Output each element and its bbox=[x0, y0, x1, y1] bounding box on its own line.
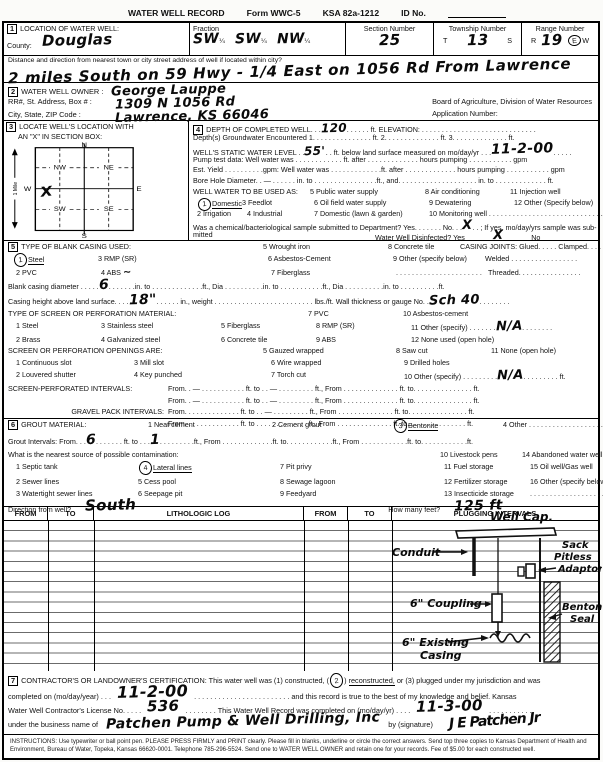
doc-title: WATER WELL RECORD bbox=[128, 8, 225, 18]
west-label: W bbox=[24, 185, 32, 193]
section7-number: 7 bbox=[8, 676, 18, 686]
opt-feedyard: 9 Feedyard bbox=[280, 488, 444, 500]
distance-row: Distance and direction from nearest town… bbox=[4, 56, 598, 83]
screen-other-post: . . . . . . . . bbox=[522, 323, 552, 332]
existing-label: 6" Existing bbox=[402, 636, 469, 649]
opt-cess-pool: 5 Cess pool bbox=[138, 476, 280, 488]
township-t: T bbox=[443, 36, 447, 45]
opt-wrought-iron: 5 Wrought iron bbox=[263, 241, 388, 253]
cert-line1b: ) bbox=[344, 676, 348, 685]
board-block: Board of Agriculture, Division of Water … bbox=[432, 96, 592, 120]
opt-septic-tank: 1 Septic tank bbox=[8, 461, 138, 473]
opt-drilled-holes: 9 Drilled holes bbox=[404, 358, 450, 367]
openings-other-post: . . . . . . . . . ft. bbox=[524, 372, 566, 381]
grout-title: GROUT MATERIAL: bbox=[21, 420, 86, 429]
opt-screen-pvc: 7 PVC bbox=[308, 308, 403, 320]
casing-joints: CASING JOINTS: Glued. . . . . Clamped. .… bbox=[460, 242, 603, 251]
opt-louvered: 2 Louvered shutter bbox=[8, 369, 134, 381]
plugging-diagram: Well Cap. Conduit Sack Pitless Adaptor 6… bbox=[390, 510, 602, 668]
opt-screen-concrete: 6 Concrete tile bbox=[221, 334, 316, 346]
opt-neat-cement: 1 Neat cement bbox=[148, 419, 272, 431]
grout-intervals-label: Grout Intervals: From. . . bbox=[8, 437, 86, 446]
opt-screen-fiberglass: 5 Fiberglass bbox=[221, 320, 316, 332]
opt-concrete-tile: 8 Concrete tile bbox=[388, 241, 460, 253]
grout-from-value: 6 bbox=[86, 433, 96, 447]
range-cell: Range Number R 19 EW bbox=[522, 23, 598, 55]
opt-none-open-hole: 12 None used (open hole) bbox=[411, 335, 494, 344]
fraction-cell: Fraction SW¼ SW¼ NW¼ bbox=[190, 23, 346, 55]
opt-abs: 4 ABS bbox=[101, 268, 121, 277]
reconstructed-word: reconstructed, bbox=[349, 676, 395, 686]
section5-number: 5 bbox=[8, 242, 18, 252]
addr-label: RR#, St. Address, Box # : bbox=[8, 97, 113, 106]
section6-number: 6 bbox=[8, 420, 18, 430]
opt-mill-slot: 3 Mill slot bbox=[134, 357, 271, 369]
opt-lateral-circled: 4 bbox=[138, 461, 152, 477]
openings-other-na: N/A bbox=[497, 369, 524, 383]
range-e-circled: E bbox=[568, 34, 582, 46]
opt-torch-cut: 7 Torch cut bbox=[271, 369, 404, 381]
joints-threaded: Threaded. . . . . . . . . . . . . . . . bbox=[488, 268, 581, 277]
range-w: W bbox=[582, 36, 589, 45]
section-number-value: 25 bbox=[379, 33, 401, 49]
sw-label: SW bbox=[54, 207, 66, 213]
fraction-2: SW bbox=[235, 32, 261, 47]
opt-pvc: 2 PVC bbox=[8, 267, 101, 279]
bentonite-label: Bentonite bbox=[562, 602, 602, 613]
opt-grout-other: 4 Other . . . . . . . . . . . . . . . . … bbox=[503, 420, 603, 429]
opt-screen-steel: 1 Steel bbox=[8, 320, 101, 332]
township-value: 13 bbox=[466, 33, 488, 49]
opt-screen-other: 11 Other (specify) . . . . . . . bbox=[411, 323, 496, 332]
section3-number: 3 bbox=[6, 122, 16, 132]
table-vline bbox=[94, 521, 95, 671]
static-date-post: . . . . . bbox=[554, 148, 572, 157]
section4-depth: 4DEPTH OF COMPLETED WELL. . .120. . . . … bbox=[189, 121, 603, 240]
table-vline bbox=[304, 521, 305, 671]
instructions-line2: Environment, Bureau of Water, Topeka, Ka… bbox=[10, 746, 592, 754]
opt-screen-asbestos: 10 Asbestos-cement bbox=[403, 309, 468, 318]
water-well-record-form: WATER WELL RECORD Form WWC-5 KSA 82a-121… bbox=[0, 0, 603, 762]
col-to2: TO bbox=[348, 507, 392, 520]
spi-label: SCREEN-PERFORATED INTERVALS: bbox=[8, 383, 168, 395]
well-cap-label: Well Cap. bbox=[490, 510, 553, 524]
opt-bentonite-circled: 3 bbox=[393, 418, 407, 434]
mitted-label: mitted bbox=[193, 230, 375, 241]
fraction-3: NW bbox=[276, 32, 304, 47]
est-yield-line: Est. Yield . . . . . . . . . .gpm: Well … bbox=[193, 165, 603, 176]
grout-mid: . . . . . . . ft. to . . . bbox=[96, 437, 150, 446]
opt-contam-other: 16 Other (specify below) bbox=[530, 477, 603, 486]
section-box-map: 1 Mile NW NE SW SE N S W E X bbox=[6, 141, 186, 238]
section1-number: 1 bbox=[7, 24, 17, 34]
col-from1: FROM bbox=[4, 507, 48, 520]
casing-word-label: Casing bbox=[420, 649, 462, 662]
gpi-label: GRAVEL PACK INTERVALS: bbox=[8, 406, 168, 418]
license-label: Water Well Contractor's License No. . . … bbox=[8, 706, 141, 715]
section3-title1: LOCATE WELL'S LOCATION WITH bbox=[19, 122, 134, 131]
spi-line1: From. . — . . . . . . . . . . . ft. to .… bbox=[168, 384, 480, 393]
opt-rmp: 3 RMP (SR) bbox=[98, 253, 268, 265]
record-date-value: 11-3-00 bbox=[416, 698, 483, 715]
opt-pit-privy: 7 Pit privy bbox=[280, 461, 444, 473]
opt-lateral-lines: Lateral lines bbox=[153, 463, 192, 473]
screen-other-na: N/A bbox=[495, 319, 522, 333]
north-label: N bbox=[81, 141, 87, 149]
section3-title2: AN "X" IN SECTION BOX: bbox=[6, 132, 186, 141]
spi-line2: From. . — . . . . . . . . . . . ft. to .… bbox=[168, 396, 480, 405]
opt-galvanized: 4 Galvanized steel bbox=[101, 334, 221, 346]
opt-screen-rmp: 8 RMP (SR) bbox=[316, 320, 411, 332]
opt-feedlot: 3 Feedlot bbox=[242, 198, 314, 209]
quarter-2: ¼ bbox=[261, 38, 267, 45]
section3-locate: 3LOCATE WELL'S LOCATION WITH AN "X" IN S… bbox=[4, 121, 189, 240]
opt-openings-other: 10 Other (specify) . . . . . . . . . bbox=[404, 372, 497, 381]
instructions-line1: INSTRUCTIONS: Use typewriter or ball poi… bbox=[10, 738, 592, 746]
section3-4-row: 3LOCATE WELL'S LOCATION WITH AN "X" IN S… bbox=[4, 121, 598, 241]
opt-asbestos-cement: 6 Asbestos-Cement bbox=[268, 253, 393, 265]
by-signature-label: by (signature) bbox=[388, 720, 433, 729]
section5-casing: 5TYPE OF BLANK CASING USED:5 Wrought iro… bbox=[4, 241, 598, 419]
township-cell: Township Number T 13 S bbox=[434, 23, 522, 55]
opt-continuous-slot: 1 Continuous slot bbox=[8, 357, 134, 369]
opt-air-conditioning: 8 Air conditioning bbox=[425, 187, 510, 198]
opt-fertilizer: 12 Fertilizer storage bbox=[444, 476, 530, 488]
south-label: S bbox=[82, 232, 87, 238]
opt-monitoring: 10 Monitoring well . . . . . . . . . . .… bbox=[429, 209, 603, 218]
section-number-cell: Section Number 25 bbox=[346, 23, 434, 55]
used-as-label: WELL WATER TO BE USED AS: bbox=[193, 187, 310, 198]
opt-screen-abs: 9 ABS bbox=[316, 334, 411, 346]
opt-domestic: Domestic bbox=[212, 199, 242, 209]
opt-industrial: 4 Industrial bbox=[247, 209, 314, 220]
document-header: WATER WELL RECORD Form WWC-5 KSA 82a-121… bbox=[128, 8, 506, 18]
bore-hole-line: Bore Hole Diameter. . — . . . . . . in. … bbox=[193, 176, 603, 187]
grout-to-value: 1 bbox=[150, 433, 160, 447]
col-lithologic-log: LITHOLOGIC LOG bbox=[94, 507, 304, 520]
opt-gauzed: 5 Gauzed wrapped bbox=[263, 345, 396, 357]
static-date-value: 11-2-00 bbox=[491, 141, 554, 157]
completed-on-label: completed on (mo/day/year) . . . bbox=[8, 692, 111, 701]
east-label: E bbox=[136, 185, 141, 193]
owner-title: WATER WELL OWNER : bbox=[21, 87, 103, 96]
range-r: R bbox=[531, 36, 536, 45]
casing-height-value: 18" bbox=[128, 293, 156, 308]
section2-owner: 2WATER WELL OWNER : George Lauppe RR#, S… bbox=[4, 83, 598, 121]
gauge-post: . . . . . . . . bbox=[480, 297, 510, 306]
opt-steel: Steel bbox=[28, 255, 44, 265]
quarter-3: ¼ bbox=[304, 38, 310, 45]
opt-saw-cut: 8 Saw cut bbox=[396, 345, 491, 357]
opt-injection-well: 11 Injection well bbox=[510, 187, 561, 196]
opt-dewatering: 9 Dewatering bbox=[429, 198, 514, 209]
opt-public-supply: 5 Public water supply bbox=[310, 187, 425, 198]
opt-fiberglass: 7 Fiberglass bbox=[271, 267, 396, 279]
county-cell: 1LOCATION OF WATER WELL: County: Douglas bbox=[4, 23, 190, 55]
gauge-value: Sch 40 bbox=[429, 294, 480, 308]
screen-material-title: TYPE OF SCREEN OR PERFORATION MATERIAL: bbox=[8, 308, 308, 320]
seal-label: Seal bbox=[570, 614, 595, 625]
county-label: County: bbox=[7, 41, 32, 50]
se-label: SE bbox=[104, 207, 114, 213]
section2-number: 2 bbox=[8, 87, 18, 97]
license-value: 536 bbox=[147, 699, 180, 715]
col-from2: FROM bbox=[304, 507, 348, 520]
sack-label: Sack bbox=[562, 540, 590, 551]
static-value: 55' bbox=[304, 144, 326, 157]
business-name-label: under the business name of bbox=[8, 720, 98, 729]
contam-other-dots: . . . . . . . . . . . . . . . . . . . . … bbox=[530, 489, 603, 498]
opt-oil-gas-well: 15 Oil well/Gas well bbox=[530, 462, 593, 471]
opt-bentonite: Bentonite bbox=[408, 421, 438, 431]
casing-title: TYPE OF BLANK CASING USED: bbox=[21, 242, 131, 251]
cert-line1c: or (3) plugged under my jurisdiction and… bbox=[395, 676, 541, 685]
openings-title: SCREEN OR PERFORATION OPENINGS ARE: bbox=[8, 345, 263, 357]
nw-label: NW bbox=[54, 165, 67, 171]
opt-stainless: 3 Stainless steel bbox=[101, 320, 221, 332]
sample-no-x: X bbox=[462, 218, 473, 231]
section7-certification: 7CONTRACTOR'S OR LANDOWNER'S CERTIFICATI… bbox=[4, 671, 598, 735]
instructions-footer: INSTRUCTIONS: Use typewriter or ball poi… bbox=[4, 735, 598, 757]
well-x-mark: X bbox=[38, 183, 54, 200]
one-mile-label: 1 Mile bbox=[12, 182, 18, 195]
application-number-label: Application Number: bbox=[432, 108, 592, 120]
opt-wire-wrapped: 6 Wire wrapped bbox=[271, 357, 404, 369]
id-blank bbox=[448, 8, 506, 18]
depth-value: 120 bbox=[321, 122, 347, 135]
casing-height-post: . . . . . . in., weight . . . . . . . . … bbox=[156, 297, 429, 306]
township-s: S bbox=[507, 36, 512, 45]
opt-seepage-pit: 6 Seepage pit bbox=[138, 488, 280, 500]
adaptor-label: Adaptor bbox=[557, 564, 602, 575]
blank-diam-value: 6 bbox=[99, 278, 109, 292]
ksa-ref: KSA 82a-1212 bbox=[323, 8, 380, 18]
gpi-line1: From. . . . . . . . . . . . . . ft. to .… bbox=[168, 407, 474, 416]
opt-oilfield: 6 Oil field water supply bbox=[314, 198, 429, 209]
quarter-1: ¼ bbox=[219, 38, 225, 45]
grout-post: . . . . . . . . .ft., From . . . . . . .… bbox=[160, 437, 473, 446]
form-body: 1LOCATION OF WATER WELL: County: Douglas… bbox=[2, 21, 600, 760]
id-label: ID No. bbox=[401, 8, 426, 18]
opt-key-punched: 4 Key punched bbox=[134, 369, 271, 381]
blank-diam-post: . . . . . . .in. to . . . . . . . . . . … bbox=[109, 282, 445, 291]
pitless-label: Pitless bbox=[554, 552, 592, 563]
opt-domestic-lawn: 7 Domestic (lawn & garden) bbox=[314, 209, 429, 220]
fraction-1: SW bbox=[193, 32, 219, 47]
conduit-label: Conduit bbox=[392, 546, 441, 559]
other-specify-dots: . . . . . . . . . . . . . . . . . . . . … bbox=[396, 267, 488, 279]
range-value: 19 bbox=[541, 33, 563, 49]
col-to1: TO bbox=[48, 507, 94, 520]
opt-other12: 12 Other (Specify below) bbox=[514, 198, 593, 207]
opt-brass: 2 Brass bbox=[8, 334, 101, 346]
blank-diam-label: Blank casing diameter . . . . . bbox=[8, 282, 99, 291]
opt-sewer-lines: 2 Sewer lines bbox=[8, 476, 138, 488]
opt-livestock: 10 Livestock pens bbox=[440, 449, 522, 461]
abs-hand-mark: ~ bbox=[123, 267, 132, 277]
ne-label: NE bbox=[104, 165, 115, 171]
lithologic-table: FROM TO LITHOLOGIC LOG FROM TO PLUGGING … bbox=[4, 507, 598, 671]
board-label: Board of Agriculture, Division of Water … bbox=[432, 96, 592, 108]
form-number: Form WWC-5 bbox=[247, 8, 301, 18]
section1-location: 1LOCATION OF WATER WELL: County: Douglas… bbox=[4, 23, 598, 56]
opt-sewage-lagoon: 8 Sewage lagoon bbox=[280, 476, 444, 488]
opt-other9: 9 Other (specify below) bbox=[393, 253, 485, 265]
opt-fuel-storage: 11 Fuel storage bbox=[444, 461, 530, 473]
contamination-question: What is the nearest source of possible c… bbox=[8, 449, 440, 461]
opt-none-open: 11 None (open hole) bbox=[491, 346, 556, 355]
section6-grout: 6GROUT MATERIAL:1 Neat cement2 Cement gr… bbox=[4, 419, 598, 507]
opt-abandoned-well: 14 Abandoned water well bbox=[522, 450, 602, 459]
city-label: City, State, ZIP Code : bbox=[8, 110, 113, 119]
casing-height-label: Casing height above land surface. . . . bbox=[8, 297, 129, 306]
county-value: Douglas bbox=[42, 32, 113, 49]
table-vline bbox=[348, 521, 349, 671]
opt-cement-grout: 2 Cement grout bbox=[272, 419, 393, 431]
joints-welded: Welded . . . . . . . . . . . . . . . . . bbox=[485, 254, 577, 263]
table-vline bbox=[48, 521, 49, 671]
opt-steel-circled: 1 bbox=[13, 252, 27, 267]
